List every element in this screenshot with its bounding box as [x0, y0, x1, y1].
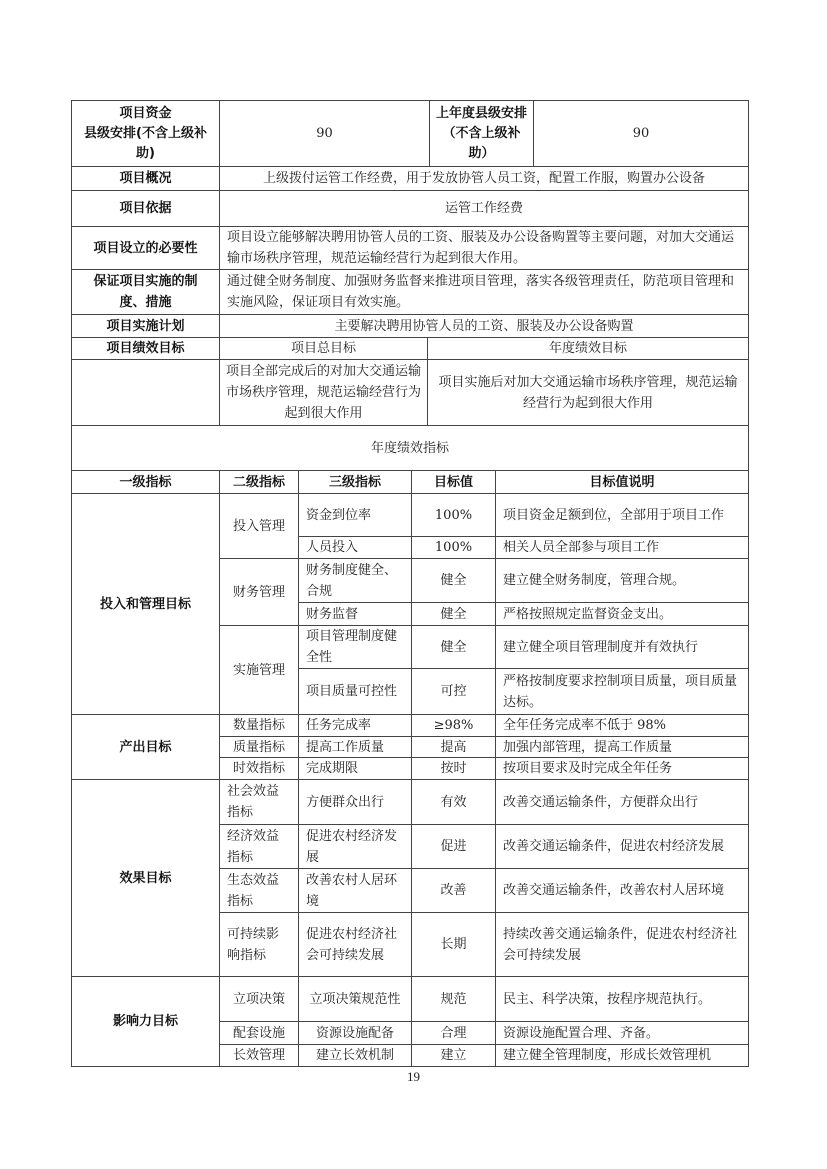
target-cell: 按时 [411, 757, 496, 780]
desc-cell: 相关人员全部参与项目工作 [495, 536, 749, 559]
level3-cell: 方便群众出行 [298, 779, 412, 825]
level3-cell: 促进农村经济社会可持续发展 [298, 912, 412, 977]
level2-cell: 质量指标 [219, 736, 299, 758]
indicators-title: 年度绩效指标 [71, 425, 749, 471]
target-cell: ≥98% [411, 714, 496, 737]
level3-cell: 立项决策规范性 [298, 976, 412, 1022]
desc-cell: 民主、科学决策，按程序规范执行。 [495, 976, 749, 1022]
level3-cell: 促进农村经济发展 [298, 824, 412, 869]
level1-input-management: 投入和管理目标 [71, 493, 220, 715]
desc-cell: 建立健全项目管理制度并有效执行 [495, 625, 749, 669]
measures-value: 通过健全财务制度、加强财务监督来推进项目管理，落实各级管理责任，防范项目管理和实… [219, 269, 749, 315]
level3-cell: 人员投入 [298, 536, 412, 559]
level3-cell: 财务制度健全、合规 [298, 558, 412, 603]
target-cell: 规范 [411, 976, 496, 1022]
desc-cell: 资源设施配置合理、齐备。 [495, 1021, 749, 1045]
level2-cell: 时效指标 [219, 757, 299, 780]
desc-cell: 持续改善交通运输条件，促进农村经济社会可持续发展 [495, 912, 749, 977]
level3-cell: 任务完成率 [298, 714, 412, 737]
level2-cell: 可持续影响指标 [219, 912, 299, 977]
target-cell: 健全 [411, 558, 496, 603]
overview-value: 上级拨付运管工作经费，用于发放协管人员工资，配置工作服，购置办公设备 [219, 166, 749, 191]
level1-effect: 效果目标 [71, 779, 220, 977]
level2-cell: 配套设施 [219, 1021, 299, 1045]
level3-cell: 改善农村人居环境 [298, 868, 412, 913]
overall-goal-header: 项目总目标 [219, 337, 428, 360]
level2-cell: 数量指标 [219, 714, 299, 737]
measures-label: 保证项目实施的制度、措施 [71, 269, 220, 315]
level3-cell: 资金到位率 [298, 493, 412, 537]
desc-cell: 严格按照规定监督资金支出。 [495, 602, 749, 626]
plan-label: 项目实施计划 [71, 314, 220, 338]
necessity-label: 项目设立的必要性 [71, 226, 220, 270]
target-cell: 长期 [411, 912, 496, 977]
target-cell: 促进 [411, 824, 496, 869]
level3-cell: 提高工作质量 [298, 736, 412, 758]
target-cell: 健全 [411, 625, 496, 669]
target-cell: 100% [411, 493, 496, 537]
col-header-target: 目标值 [411, 470, 496, 494]
desc-cell: 改善交通运输条件，改善农村人居环境 [495, 868, 749, 913]
col-header-level1: 一级指标 [71, 470, 220, 494]
level1-output: 产出目标 [71, 714, 220, 780]
level3-cell: 项目管理制度健全性 [298, 625, 412, 669]
plan-value: 主要解决聘用协管人员的工资、服装及办公设备购置 [219, 314, 749, 338]
level2-cell: 实施管理 [219, 625, 299, 715]
goals-label: 项目绩效目标 [71, 337, 220, 360]
fund-value: 90 [219, 100, 430, 167]
desc-cell: 改善交通运输条件，促进农村经济发展 [495, 824, 749, 869]
target-cell: 有效 [411, 779, 496, 825]
page-number: 19 [0, 1069, 827, 1085]
annual-goal-text: 项目实施后对加大交通运输市场秩序管理，规范运输经营行为起到很大作用 [427, 359, 749, 426]
level2-cell: 社会效益指标 [219, 779, 299, 825]
overview-label: 项目概况 [71, 166, 220, 191]
target-cell: 建立 [411, 1044, 496, 1067]
desc-cell: 严格按制度要求控制项目质量，项目质量达标。 [495, 668, 749, 715]
col-header-level3: 三级指标 [298, 470, 412, 494]
target-cell: 合理 [411, 1021, 496, 1045]
level3-cell: 建立长效机制 [298, 1044, 412, 1067]
goals-blank [71, 359, 220, 426]
level2-cell: 生态效益指标 [219, 868, 299, 913]
fund-label: 项目资金 县级安排(不含上级补助) [71, 100, 220, 167]
basis-label: 项目依据 [71, 190, 220, 227]
level1-influence: 影响力目标 [71, 976, 220, 1067]
level3-cell: 项目质量可控性 [298, 668, 412, 715]
desc-cell: 加强内部管理，提高工作质量 [495, 736, 749, 758]
desc-cell: 建立健全财务制度，管理合规。 [495, 558, 749, 603]
desc-cell: 项目资金足额到位，全部用于项目工作 [495, 493, 749, 537]
level2-cell: 长效管理 [219, 1044, 299, 1067]
target-cell: 100% [411, 536, 496, 559]
prev-year-label: 上年度县级安排（不含上级补助） [429, 100, 534, 167]
annual-goal-header: 年度绩效目标 [427, 337, 749, 360]
overall-goal-text: 项目全部完成后的对加大交通运输市场秩序管理，规范运输经营行为起到很大作用 [219, 359, 428, 426]
level2-cell: 经济效益指标 [219, 824, 299, 869]
target-cell: 健全 [411, 602, 496, 626]
level3-cell: 资源设施配备 [298, 1021, 412, 1045]
desc-cell: 改善交通运输条件，方便群众出行 [495, 779, 749, 825]
col-header-level2: 二级指标 [219, 470, 299, 494]
level2-cell: 投入管理 [219, 493, 299, 559]
level2-cell: 立项决策 [219, 976, 299, 1022]
prev-year-value: 90 [533, 100, 749, 167]
document-page: 项目资金 县级安排(不含上级补助) 90 上年度县级安排（不含上级补助） 90 … [0, 0, 827, 1169]
level3-cell: 财务监督 [298, 602, 412, 626]
desc-cell: 按项目要求及时完成全年任务 [495, 757, 749, 780]
desc-cell: 全年任务完成率不低于 98% [495, 714, 749, 737]
target-cell: 可控 [411, 668, 496, 715]
level2-cell: 财务管理 [219, 558, 299, 626]
basis-value: 运管工作经费 [219, 190, 749, 227]
target-cell: 提高 [411, 736, 496, 758]
level3-cell: 完成期限 [298, 757, 412, 780]
necessity-value: 项目设立能够解决聘用协管人员的工资、服装及办公设备购置等主要问题，对加大交通运输… [219, 226, 749, 270]
target-cell: 改善 [411, 868, 496, 913]
col-header-desc: 目标值说明 [495, 470, 749, 494]
desc-cell: 建立健全管理制度，形成长效管理机 [495, 1044, 749, 1067]
